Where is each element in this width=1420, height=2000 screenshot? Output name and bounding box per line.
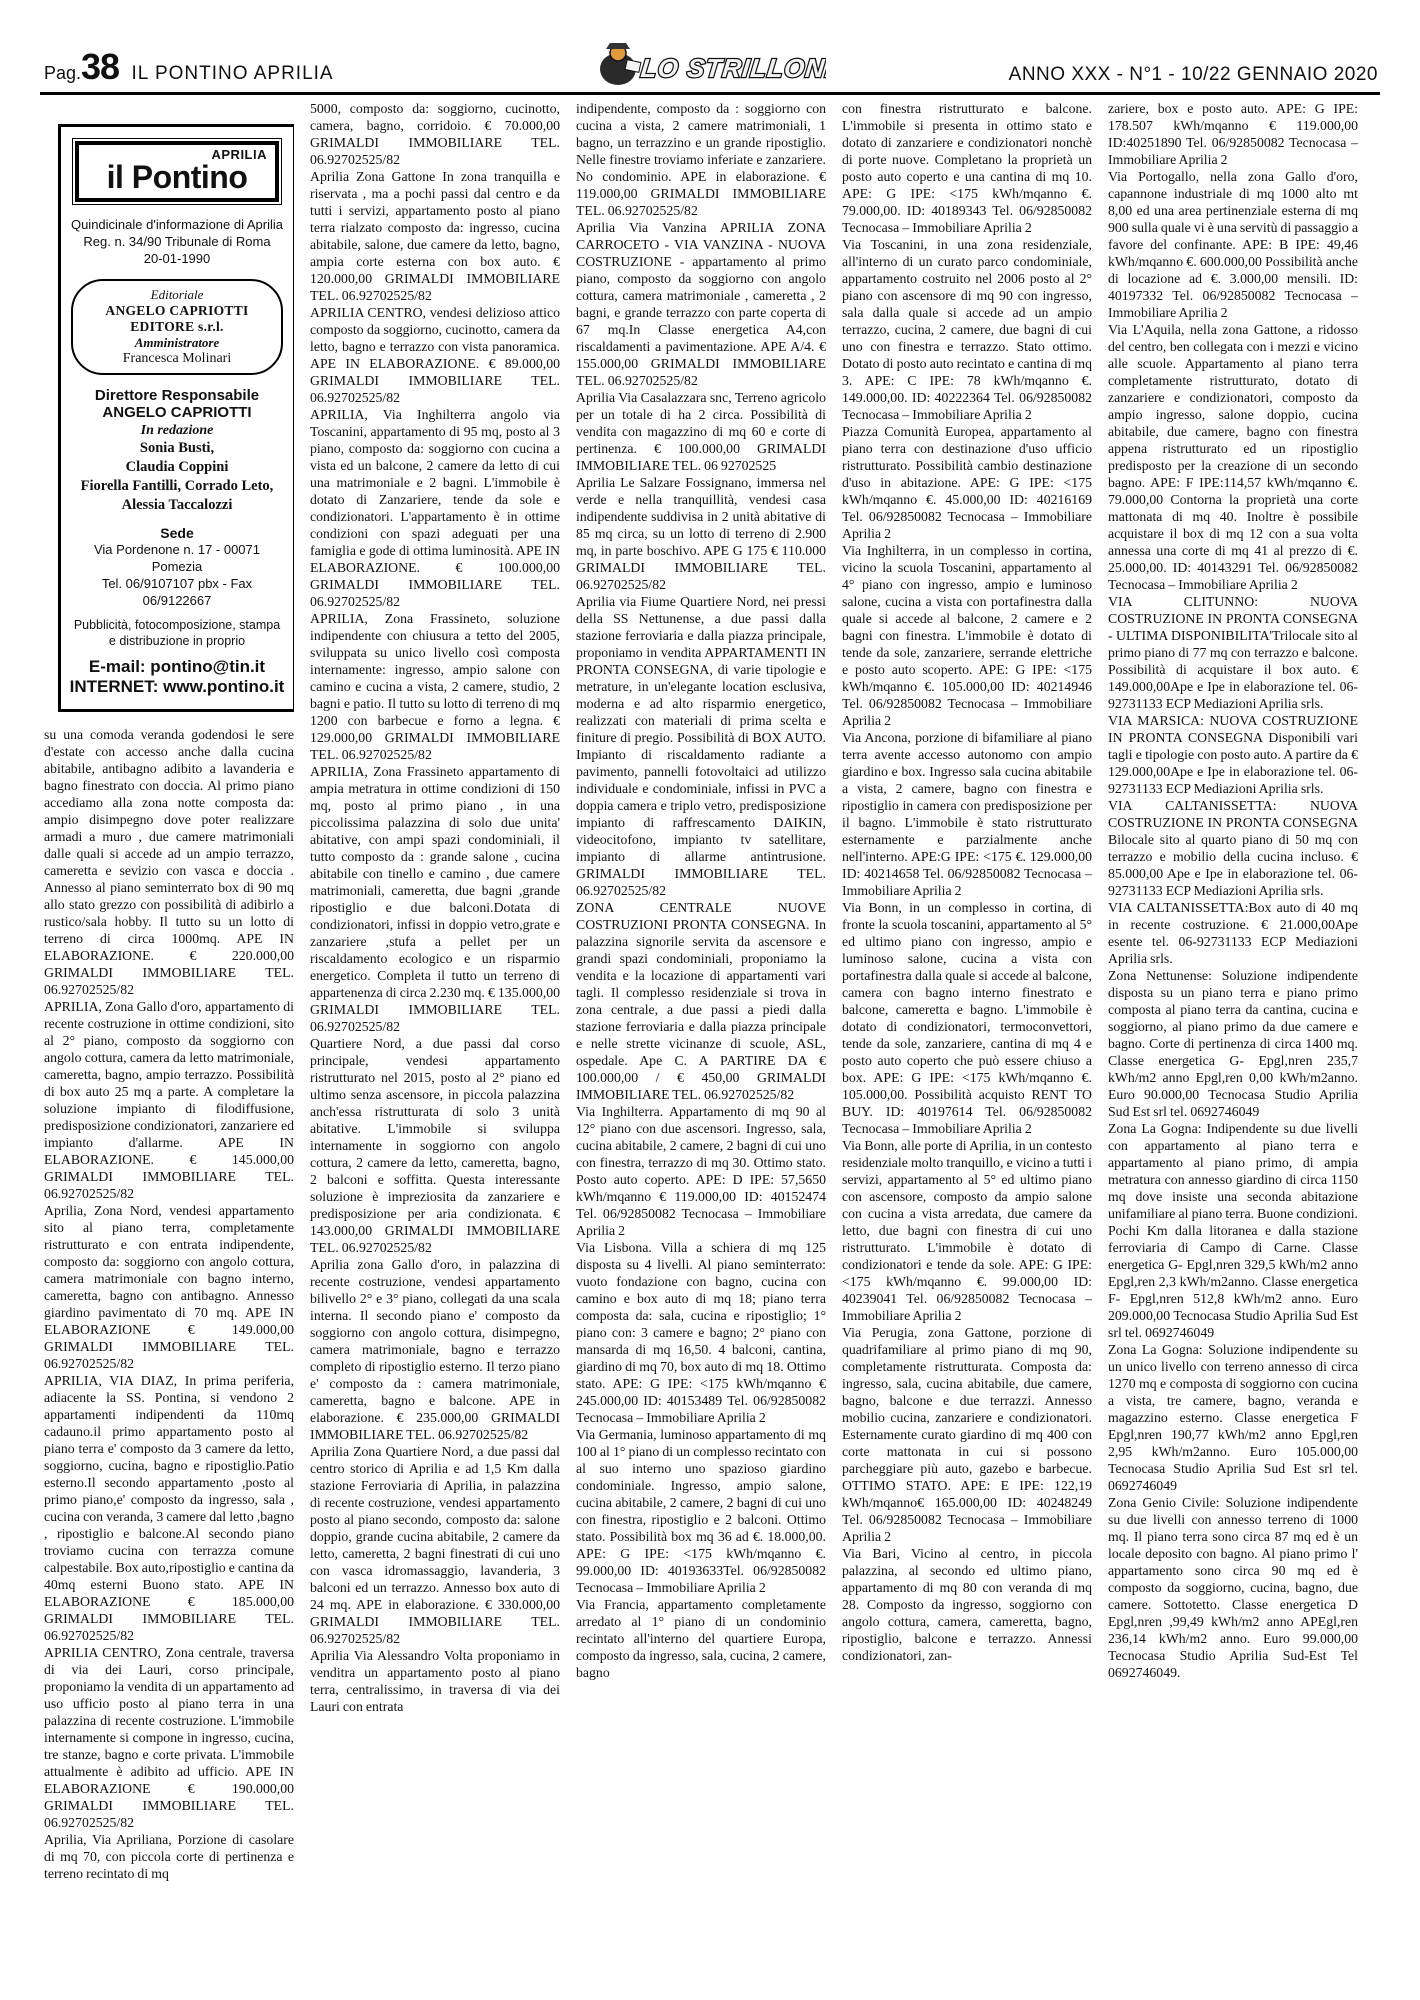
ad-listing: Aprilia Via Casalazzara snc, Terreno agr…: [576, 389, 826, 474]
page-label: Pag.: [44, 63, 81, 83]
column-2: 5000, composto da: soggiorno, cucinotto,…: [310, 100, 560, 1992]
ad-listing: APRILIA, Zona Frassineto, soluzione indi…: [310, 610, 560, 763]
ad-listing: Aprilia zona Gallo d'oro, in palazzina d…: [310, 1256, 560, 1443]
page-number-block: Pag.38 IL PONTINO APRILIA: [44, 46, 334, 88]
ad-listing: su una comoda veranda godendosi le sere …: [44, 726, 294, 998]
ad-listing: Aprilia Via Vanzina APRILIA ZONA CARROCE…: [576, 219, 826, 389]
services-line: e distribuzione in proprio: [69, 633, 285, 649]
ad-listing: Via L'Aquila, nella zona Gattone, a rido…: [1108, 321, 1358, 593]
classifieds-content: APRILIA il Pontino Quindicinale d'inform…: [44, 100, 1378, 1992]
redazione-name: Sonia Busti,: [69, 439, 285, 458]
ad-listing: Via Ancona, porzione di bifamiliare al p…: [842, 729, 1092, 899]
sede-address: Via Pordenone n. 17 - 00071 Pomezia: [69, 541, 285, 575]
ad-listing: Aprilia Zona Quartiere Nord, a due passi…: [310, 1443, 560, 1647]
svg-text:LO STRILLONE: LO STRILLONE: [639, 53, 826, 83]
redazione-name: Alessia Taccalozzi: [69, 496, 285, 515]
director-label: Direttore Responsabile: [69, 387, 285, 404]
newspaper-name: IL PONTINO APRILIA: [132, 63, 334, 84]
ad-listing: Via Perugia, zona Gattone, porzione di q…: [842, 1324, 1092, 1545]
ad-listing: ZONA CENTRALE NUOVE COSTRUZIONI PRONTA C…: [576, 899, 826, 1103]
ad-listing: Via Inghilterra. Appartamento di mq 90 a…: [576, 1103, 826, 1239]
redazione-name: Claudia Coppini: [69, 458, 285, 477]
sede-label: Sede: [69, 525, 285, 541]
ad-listing: APRILIA, Zona Gallo d'oro, appartamento …: [44, 998, 294, 1202]
ad-listing: Aprilia Via Alessandro Volta proponiamo …: [310, 1647, 560, 1715]
ad-listing: 5000, composto da: soggiorno, cucinotto,…: [310, 100, 560, 168]
ad-listing: VIA CLITUNNO: NUOVA COSTRUZIONE IN PRONT…: [1108, 593, 1358, 712]
ad-listing: Aprilia Zona Gattone In zona tranquilla …: [310, 168, 560, 304]
strillone-logo: LO STRILLONE: [596, 39, 826, 96]
ad-listing: con finestra ristrutturato e balcone. L'…: [842, 100, 1092, 236]
ad-listing: Piazza Comunità Europea, appartamento al…: [842, 423, 1092, 542]
ad-listing: indipendente, composto da : soggiorno co…: [576, 100, 826, 219]
masthead-subtitle: Quindicinale d'informazione di Aprilia: [69, 216, 285, 233]
ad-listing: Via Bonn, alle porte di Aprilia, in un c…: [842, 1137, 1092, 1324]
masthead-date: 20-01-1990: [69, 250, 285, 267]
masthead-title: il Pontino: [87, 162, 267, 192]
ad-listing: VIA CALTANISSETTA: NUOVA COSTRUZIONE IN …: [1108, 797, 1358, 899]
director-name: ANGELO CAPRIOTTI: [69, 404, 285, 421]
administrator-label: Amministratore: [77, 335, 277, 351]
ad-listing: zariere, box e posto auto. APE: G IPE: 1…: [1108, 100, 1358, 168]
ad-listing: Aprilia, Zona Nord, vendesi appartamento…: [44, 1202, 294, 1372]
masthead-box: APRILIA il Pontino Quindicinale d'inform…: [58, 124, 294, 712]
ad-listing: VIA MARSICA: NUOVA COSTRUZIONE IN PRONTA…: [1108, 712, 1358, 797]
ad-listing: Via Portogallo, nella zona Gallo d'oro, …: [1108, 168, 1358, 321]
header-rule: [40, 92, 1380, 95]
ad-listing: Via Germania, luminoso appartamento di m…: [576, 1426, 826, 1596]
ad-listing: APRILIA CENTRO, vendesi delizioso attico…: [310, 304, 560, 406]
ad-listing: Zona Nettunense: Soluzione indipendente …: [1108, 967, 1358, 1120]
ad-listing: VIA CALTANISSETTA:Box auto di 40 mq in r…: [1108, 899, 1358, 967]
ad-listing: Via Toscanini, in una zona residenziale,…: [842, 236, 1092, 423]
ad-listing: Aprilia, Via Apriliana, Porzione di caso…: [44, 1831, 294, 1882]
ad-listing: Zona Genio Civile: Soluzione indipendent…: [1108, 1494, 1358, 1681]
services-line: Pubblicità, fotocomposizione, stampa: [69, 617, 285, 633]
publisher-name: ANGELO CAPRIOTTI EDITORE s.r.l.: [77, 303, 277, 335]
column-4: con finestra ristrutturato e balcone. L'…: [842, 100, 1092, 1992]
page-header: Pag.38 IL PONTINO APRILIA LO STRILLONE A…: [44, 42, 1378, 90]
ad-listing: Via Bari, Vicino al centro, in piccola p…: [842, 1545, 1092, 1664]
ad-listing: Via Francia, appartamento completamente …: [576, 1596, 826, 1681]
masthead-registration: Reg. n. 34/90 Tribunale di Roma: [69, 233, 285, 250]
ad-listing: Via Lisbona. Villa a schiera di mq 125 d…: [576, 1239, 826, 1426]
sede-phone: Tel. 06/9107107 pbx - Fax 06/9122667: [69, 575, 285, 609]
column-1: APRILIA il Pontino Quindicinale d'inform…: [44, 100, 294, 1992]
ad-listing: APRILIA, Zona Frassineto appartamento di…: [310, 763, 560, 1035]
ad-listing: Aprilia Le Salzare Fossignano, immersa n…: [576, 474, 826, 593]
ad-listing: APRILIA, VIA DIAZ, In prima periferia, a…: [44, 1372, 294, 1644]
strillone-logo-icon: LO STRILLONE: [596, 39, 826, 91]
ad-listing: Quartiere Nord, a due passi dal corso pr…: [310, 1035, 560, 1256]
editorial-label: Editoriale: [77, 287, 277, 303]
newspaper-page: Pag.38 IL PONTINO APRILIA LO STRILLONE A…: [0, 0, 1420, 2000]
website-line: INTERNET: www.pontino.it: [69, 677, 285, 697]
ad-listing: APRILIA CENTRO, Zona centrale, traversa …: [44, 1644, 294, 1831]
masthead-title-box: APRILIA il Pontino: [75, 141, 279, 202]
ad-listing: Zona La Gogna: Indipendente su due livel…: [1108, 1120, 1358, 1341]
email-line: E-mail: pontino@tin.it: [69, 657, 285, 677]
redazione-name: Fiorella Fantilli, Corrado Leto,: [69, 477, 285, 496]
ad-listing: Aprilia via Fiume Quartiere Nord, nei pr…: [576, 593, 826, 899]
issue-info: ANNO XXX - N°1 - 10/22 GENNAIO 2020: [1009, 64, 1378, 86]
column-5: zariere, box e posto auto. APE: G IPE: 1…: [1108, 100, 1358, 1992]
ad-listing: Via Bonn, in un complesso in cortina, di…: [842, 899, 1092, 1137]
ad-listing: Via Inghilterra, in un complesso in cort…: [842, 542, 1092, 729]
administrator-name: Francesca Molinari: [77, 351, 277, 367]
redazione-label: In redazione: [69, 423, 285, 439]
page-number: 38: [81, 46, 119, 87]
ad-listing: APRILIA, Via Inghilterra angolo via Tosc…: [310, 406, 560, 610]
column-3: indipendente, composto da : soggiorno co…: [576, 100, 826, 1992]
editorial-box: Editoriale ANGELO CAPRIOTTI EDITORE s.r.…: [71, 279, 283, 375]
ad-listing: Zona La Gogna: Soluzione indipendente su…: [1108, 1341, 1358, 1494]
